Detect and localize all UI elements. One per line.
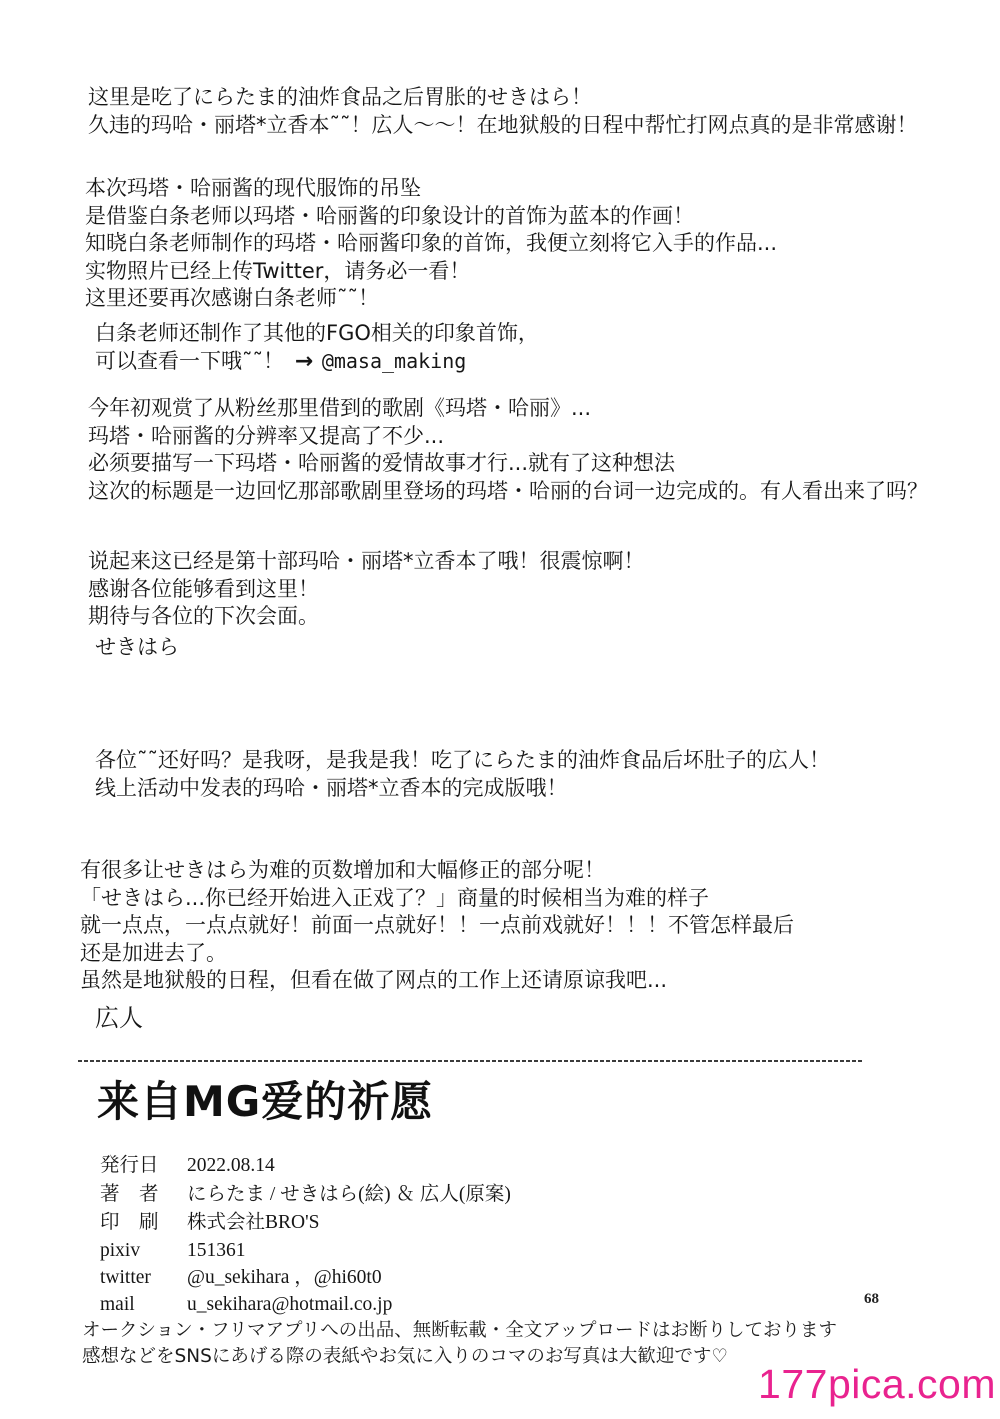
row-label: 印 刷 (100, 1209, 187, 1238)
text-line: 就一点点，一点点就好！前面一点就好！！一点前戏就好！！！不管怎样最后 (80, 912, 794, 940)
text-line: 这里是吃了にらたま的油炸食品之后胃胀的せきはら！ (88, 84, 918, 112)
revision-paragraph: 有很多让せきはら为难的页数增加和大幅修正的部分呢！ 「せきはら...你已经开始进… (80, 857, 794, 995)
publication-row-date: 発行日 2022.08.14 (100, 1152, 511, 1181)
row-value: 151361 (187, 1237, 246, 1264)
contact-row-twitter: twitter @u_sekihara ，@hi60t0 (100, 1264, 392, 1291)
text-line: 感想などをSNSにあげる際の表紙やお気に入りのコマのお写真は大歓迎です♡ (82, 1344, 837, 1370)
text-line: 「せきはら...你已经开始进入正戏了？」商量的时候相当为难的样子 (80, 885, 794, 913)
text-line: 虽然是地狱般的日程，但看在做了网点的工作上还请原谅我吧... (80, 967, 794, 995)
row-value: にらたま / せきはら(絵) ＆ 広人(原案) (187, 1181, 511, 1210)
row-label: twitter (100, 1264, 187, 1291)
text-line: オークション・フリマアプリへの出品、無断転載・全文アップロードはお断りしておりま… (82, 1318, 837, 1344)
site-watermark: 177pica.com (758, 1362, 996, 1406)
signature-hiroto: 広人 (95, 1004, 143, 1032)
row-label: mail (100, 1291, 187, 1318)
opera-paragraph: 今年初观赏了从粉丝那里借到的歌剧《玛塔・哈丽》... 玛塔・哈丽酱的分辨率又提高… (88, 395, 928, 505)
row-value: @u_sekihara ，@hi60t0 (187, 1264, 382, 1291)
text-line: 白条老师还制作了其他的FGO相关的印象首饰， (95, 320, 539, 348)
publication-row-printer: 印 刷 株式会社BRO'S (100, 1209, 511, 1238)
text-line: 久违的玛哈・丽塔*立香本˜˜！広人～～！在地狱般的日程中帮忙打网点真的是非常感谢… (88, 112, 918, 140)
row-value: u_sekihara@hotmail.co.jp (187, 1291, 392, 1318)
pendant-paragraph: 本次玛塔・哈丽酱的现代服饰的吊坠 是借鉴白条老师以玛塔・哈丽酱的印象设计的首饰为… (85, 175, 777, 313)
text-line: 说起来这已经是第十部玛哈・丽塔*立香本了哦！很震惊啊！ (88, 548, 645, 576)
twitter-handle-masa-making: @masa_making (322, 349, 467, 373)
text-line: 今年初观赏了从粉丝那里借到的歌剧《玛塔・哈丽》... (88, 395, 928, 423)
row-label: pixiv (100, 1237, 187, 1264)
text-line: 必须要描写一下玛塔・哈丽酱的爱情故事才行...就有了这种想法 (88, 450, 928, 478)
fgo-jewelry-paragraph: 白条老师还制作了其他的FGO相关的印象首饰， 可以查看一下哦˜˜！ → @mas… (95, 320, 539, 375)
text-line: 线上活动中发表的玛哈・丽塔*立香本的完成版哦！ (95, 775, 830, 803)
copyright-notice: オークション・フリマアプリへの出品、無断転載・全文アップロードはお断りしておりま… (82, 1318, 837, 1370)
text-line: 还是加进去了。 (80, 940, 794, 968)
text-line: 这次的标题是一边回忆那部歌剧里登场的玛塔・哈丽的台词一边完成的。有人看出来了吗？ (88, 478, 928, 506)
text-line: 可以查看一下哦˜˜！ (95, 349, 284, 373)
text-line: 本次玛塔・哈丽酱的现代服饰的吊坠 (85, 175, 777, 203)
text-line: 感谢各位能够看到这里！ (88, 576, 645, 604)
text-line: 实物照片已经上传Twitter，请务必一看！ (85, 258, 777, 286)
hiroto-greeting-paragraph: 各位˜˜还好吗？是我呀，是我是我！吃了にらたま的油炸食品后坏肚子的広人！ 线上活… (95, 747, 830, 802)
row-label: 発行日 (100, 1152, 187, 1181)
contact-info: pixiv 151361 twitter @u_sekihara ，@hi60t… (100, 1237, 392, 1318)
publication-info: 発行日 2022.08.14 著 者 にらたま / せきはら(絵) ＆ 広人(原… (100, 1152, 511, 1238)
row-label: 著 者 (100, 1181, 187, 1210)
right-arrow-icon: → (291, 349, 315, 374)
book-title: 来自MG爱的祈愿 (97, 1079, 433, 1125)
afterword-page: 这里是吃了にらたま的油炸食品之后胃胀的せきはら！ 久违的玛哈・丽塔*立香本˜˜！… (0, 0, 1000, 1419)
text-line: 是借鉴白条老师以玛塔・哈丽酱的印象设计的首饰为蓝本的作画！ (85, 203, 777, 231)
dashed-divider (78, 1060, 862, 1062)
contact-row-mail: mail u_sekihara@hotmail.co.jp (100, 1291, 392, 1318)
sekihara-greeting-paragraph: 这里是吃了にらたま的油炸食品之后胃胀的せきはら！ 久违的玛哈・丽塔*立香本˜˜！… (88, 84, 918, 139)
contact-row-pixiv: pixiv 151361 (100, 1237, 392, 1264)
publication-row-author: 著 者 にらたま / せきはら(絵) ＆ 広人(原案) (100, 1181, 511, 1210)
text-line: 可以查看一下哦˜˜！ → @masa_making (95, 348, 539, 376)
text-line: 这里还要再次感谢白条老师˜˜！ (85, 285, 777, 313)
signature-sekihara: せきはら (95, 634, 179, 661)
text-line: 期待与各位的下次会面。 (88, 603, 645, 631)
text-line: 玛塔・哈丽酱的分辨率又提高了不少... (88, 423, 928, 451)
row-value: 株式会社BRO'S (187, 1209, 319, 1238)
text-line: 有很多让せきはら为难的页数增加和大幅修正的部分呢！ (80, 857, 794, 885)
row-value: 2022.08.14 (187, 1152, 275, 1181)
text-line: 知晓白条老师制作的玛塔・哈丽酱印象的首饰，我便立刻将它入手的作品... (85, 230, 777, 258)
text-line: 各位˜˜还好吗？是我呀，是我是我！吃了にらたま的油炸食品后坏肚子的広人！ (95, 747, 830, 775)
page-number: 68 (864, 1291, 879, 1308)
tenth-book-paragraph: 说起来这已经是第十部玛哈・丽塔*立香本了哦！很震惊啊！ 感谢各位能够看到这里！ … (88, 548, 645, 631)
